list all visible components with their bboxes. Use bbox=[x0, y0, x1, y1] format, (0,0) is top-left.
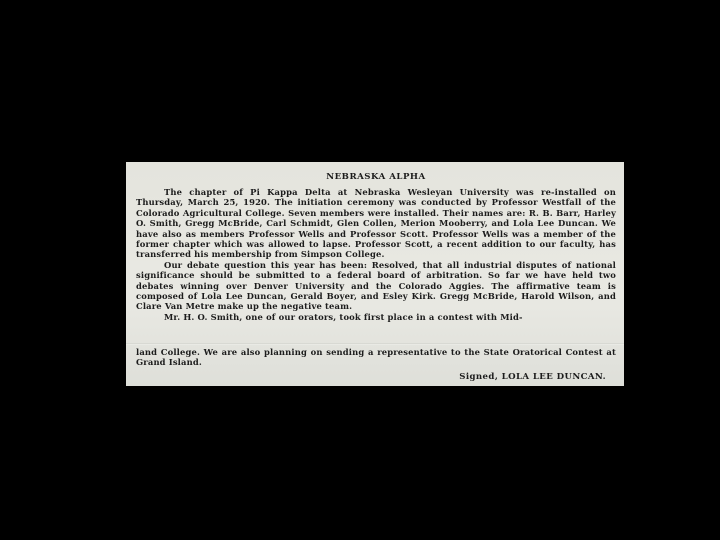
paragraph-debate-question: Our debate question this year has been: … bbox=[136, 260, 616, 312]
lower-section: land College. We are also planning on se… bbox=[136, 347, 616, 382]
section-heading: NEBRASKA ALPHA bbox=[136, 172, 616, 182]
signature: Signed, LOLA LEE DUNCAN. bbox=[136, 372, 606, 382]
paragraph-chapter-installation: The chapter of Pi Kappa Delta at Nebrask… bbox=[136, 187, 616, 260]
paragraph-oratory: Mr. H. O. Smith, one of our orators, too… bbox=[136, 312, 616, 322]
paper-fold-line bbox=[126, 343, 624, 345]
paragraph-continuation: land College. We are also planning on se… bbox=[136, 347, 616, 368]
newspaper-clipping: NEBRASKA ALPHA The chapter of Pi Kappa D… bbox=[126, 162, 624, 386]
